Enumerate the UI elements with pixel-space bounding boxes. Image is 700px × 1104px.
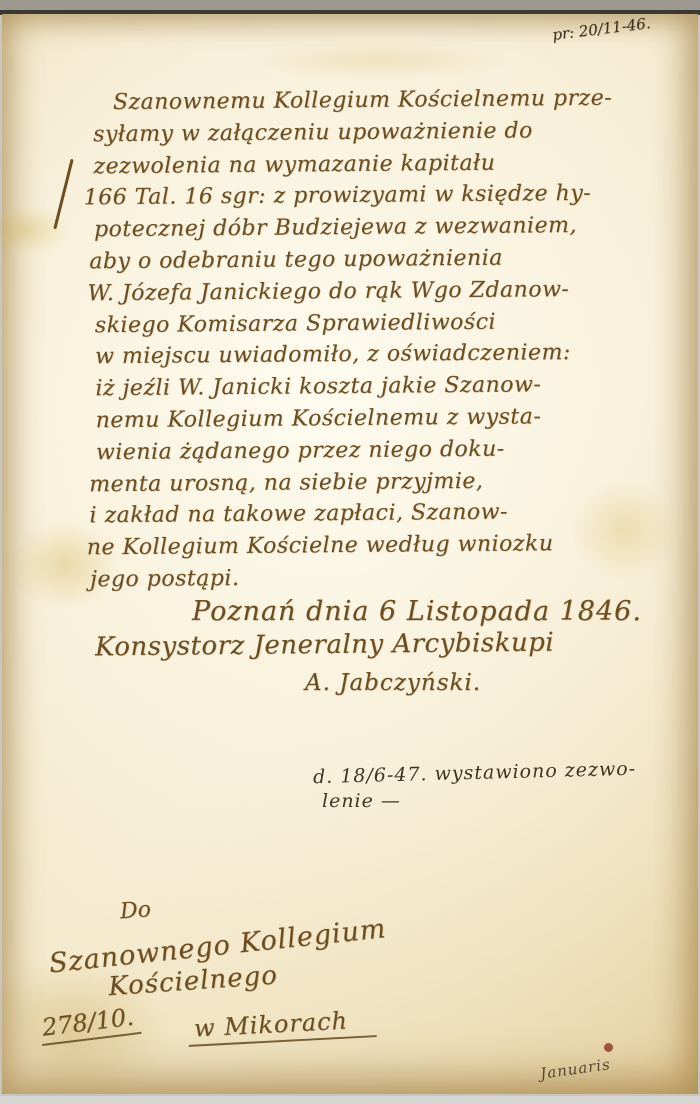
body-line: jego postąpi.: [90, 562, 700, 599]
body-line: nemu Kollegium Kościelnemu z wysta-: [96, 403, 700, 440]
filing-note-line2: lenie —: [322, 790, 401, 812]
body-line: skiego Komisarza Sprawiedliwości: [95, 308, 700, 345]
body-line: i zakład na takowe zapłaci, Szanow-: [89, 498, 700, 535]
body-line: ne Kollegium Kościelne według wniozku: [87, 530, 700, 567]
body-line: Szanownemu Kollegium Kościelnemu prze-: [113, 85, 698, 122]
body-line: iż jeźli W. Janicki koszta jakie Szanow-: [95, 371, 700, 408]
scanned-document: pr: 20/11-46. Szanownemu Kollegium Kości…: [0, 0, 700, 1104]
sender-line: Konsystorz Jeneralny Arcybiskupi: [95, 628, 554, 663]
body-line: zezwolenia na wymazanie kapitału: [93, 149, 698, 186]
letter-body: Szanownemu Kollegium Kościelnemu prze- s…: [0, 85, 700, 600]
dateline: Poznań dnia 6 Listopada 1846.: [192, 596, 642, 627]
body-line: aby o odebraniu tego upoważnienia: [89, 244, 699, 281]
body-line: syłamy w załączeniu upoważnienie do: [93, 117, 698, 154]
body-line: W. Józefa Janickiego do rąk Wgo Zdanow-: [87, 276, 699, 313]
body-line: wienia żądanego przez niego doku-: [96, 435, 700, 472]
body-line: 166 Tal. 16 sgr: z prowizyami w księdze …: [84, 180, 699, 217]
body-line: potecznej dóbr Budziejewa z wezwaniem,: [94, 212, 699, 249]
address-block: Do Szanownego Kollegium Kościelnego: [40, 898, 460, 990]
body-line: w miejscu uwiadomiło, z oświadczeniem:: [95, 339, 700, 376]
address-salutation: Do: [119, 897, 161, 925]
scan-bottom-edge: [0, 1096, 700, 1104]
body-line: menta urosną, na siebie przyjmie,: [89, 467, 700, 504]
signature: A. Jabczyński.: [305, 670, 481, 696]
